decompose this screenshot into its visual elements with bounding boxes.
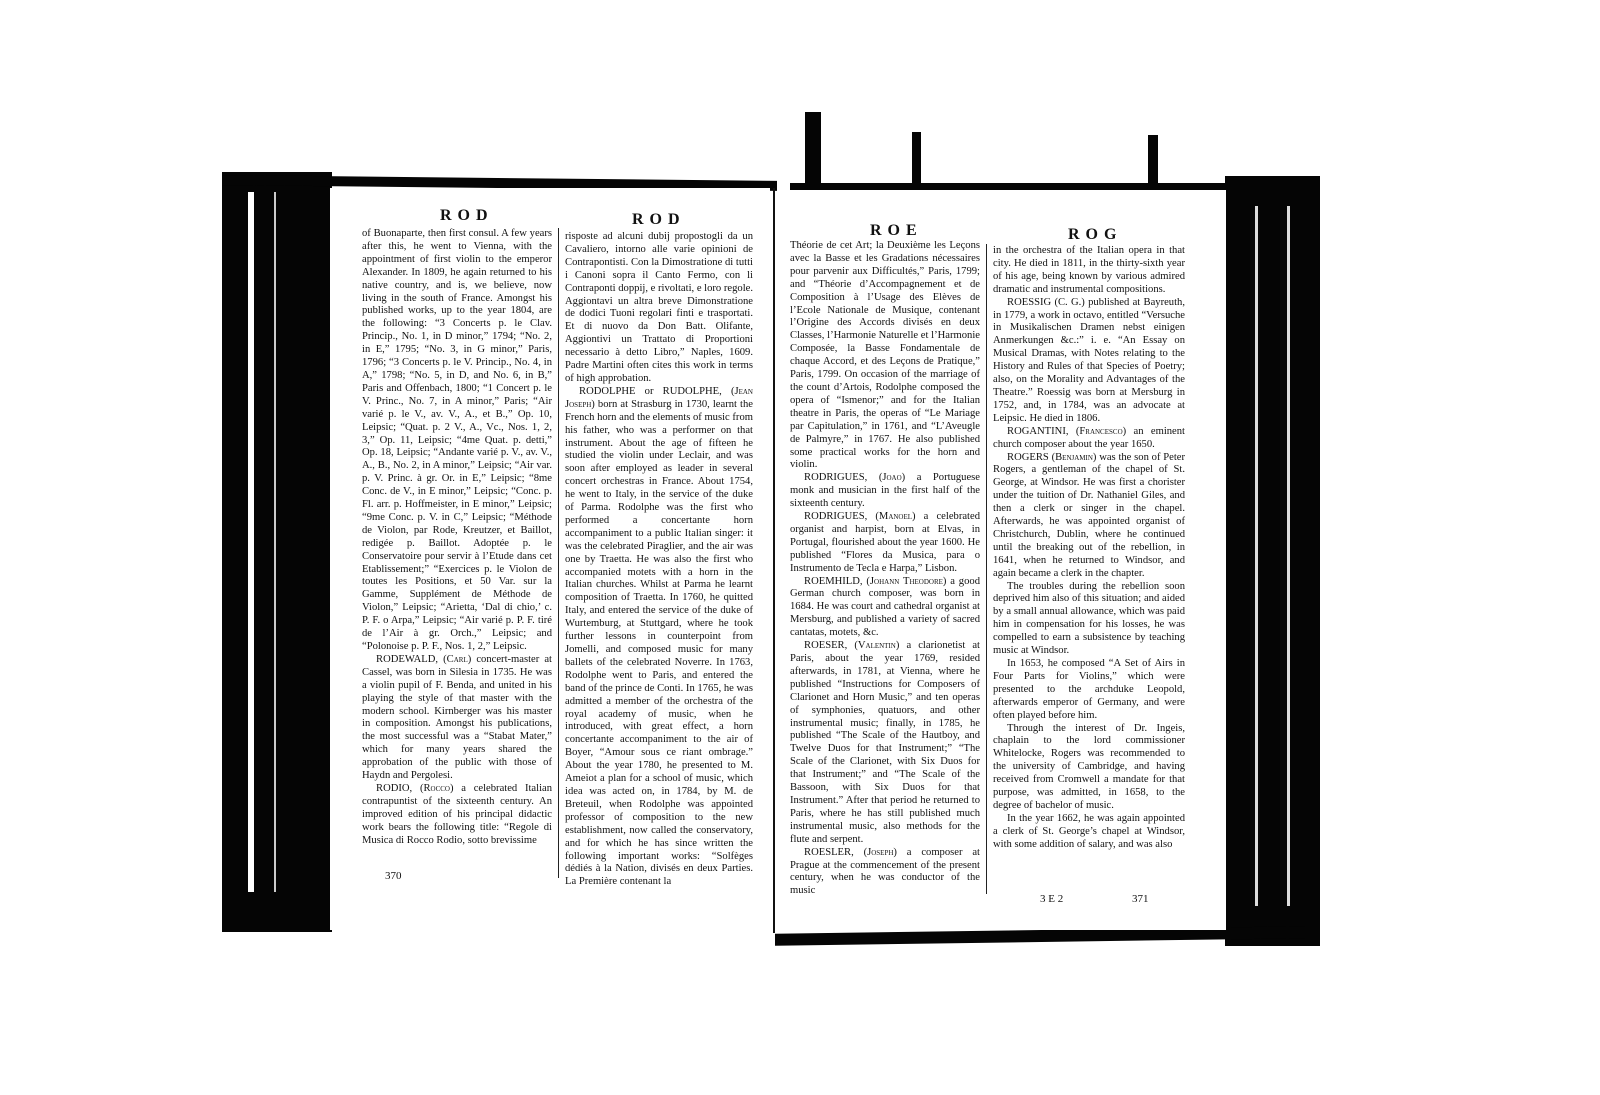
entry-headword: ROESSIG — [1007, 297, 1054, 308]
page-number: 371 — [1132, 893, 1149, 905]
text-column-right-2: in the orchestra of the Italian opera in… — [993, 245, 1185, 852]
left-cover-edge — [222, 172, 332, 932]
entry-headword: ROESLER, — [804, 847, 864, 858]
page-edge-stripe — [1255, 206, 1258, 906]
page-number: 370 — [385, 870, 402, 882]
dictionary-entry: ROEMHILD, (Johann Theodore) a good Germa… — [790, 576, 980, 641]
entry-headword: RODIO, — [376, 783, 420, 794]
entry-headword: RODRIGUES, — [804, 511, 875, 522]
dictionary-entry: RODRIGUES, (Manoel) a celebrated organis… — [790, 511, 980, 576]
entry-forename: (Joseph) — [864, 847, 907, 858]
bookmark-tab — [805, 112, 821, 186]
page-edge-stripe — [1287, 206, 1290, 906]
entry-text: born at Strasburg in 1730, learnt the Fr… — [565, 399, 753, 888]
paragraph: In 1653, he composed “A Set of Airs in F… — [993, 658, 1185, 723]
entry-headword: RODRIGUES, — [804, 472, 879, 483]
entry-headword: ROGERS — [1007, 452, 1052, 463]
running-head: ROD — [440, 207, 494, 225]
right-cover-edge — [1225, 176, 1320, 946]
running-head: ROD — [632, 211, 686, 229]
entry-headword: ROEMHILD, — [804, 576, 866, 587]
bookmark-tab — [912, 132, 921, 186]
dictionary-entry: ROESER, (Valentin) a clarionetist at Par… — [790, 640, 980, 847]
entry-text: concert-master at Cassel, was born in Si… — [362, 654, 552, 781]
entry-text: published at Bayreuth, in 1779, a work i… — [993, 297, 1185, 424]
entry-headword: RODOLPHE or RUDOLPHE, — [579, 386, 731, 397]
continued-paragraph: in the orchestra of the Italian opera in… — [993, 245, 1185, 297]
entry-forename: (C. G.) — [1054, 297, 1088, 308]
dictionary-entry: RODIO, (Rocco) a celebrated Italian cont… — [362, 783, 552, 848]
dictionary-entry: ROGANTINI, (Francesco) an eminent church… — [993, 426, 1185, 452]
column-rule — [558, 228, 559, 878]
running-head: ROG — [1068, 226, 1122, 244]
entry-text: a clarionetist at Paris, about the year … — [790, 640, 980, 845]
entry-forename: (Manoel) — [875, 511, 923, 522]
signature-mark: 3 E 2 — [1040, 893, 1063, 905]
entry-text: was the son of Peter Rogers, a gentleman… — [993, 452, 1185, 579]
entry-forename: (Valentin) — [854, 640, 906, 651]
text-column-left-1: of Buonaparte, then first consul. A few … — [362, 228, 552, 848]
continued-paragraph: risposte ad alcuni dubij propostogli da … — [565, 231, 753, 386]
entry-forename: (Carl) — [443, 654, 476, 665]
continued-paragraph: Théorie de cet Art; la Deuxième les Leço… — [790, 240, 980, 472]
running-head: ROE — [870, 222, 923, 240]
continued-paragraph: of Buonaparte, then first consul. A few … — [362, 228, 552, 654]
text-column-right-1: Théorie de cet Art; la Deuxième les Leço… — [790, 240, 980, 898]
entry-forename: (Francesco) — [1076, 426, 1134, 437]
entry-forename: (Benjamin) — [1052, 452, 1100, 463]
paragraph: The troubles during the rebellion soon d… — [993, 581, 1185, 658]
entry-forename: (Johann Theodore) — [866, 576, 950, 587]
column-rule — [986, 244, 987, 894]
book-scan: ROD ROD ROE ROG of Buonaparte, then firs… — [0, 0, 1600, 1095]
dictionary-entry: ROGERS (Benjamin) was the son of Peter R… — [993, 452, 1185, 581]
dictionary-entry: RODRIGUES, (Joao) a Portuguese monk and … — [790, 472, 980, 511]
bookmark-tab — [1148, 135, 1158, 187]
entry-headword: ROGANTINI, — [1007, 426, 1076, 437]
dictionary-entry: ROESLER, (Joseph) a composer at Prague a… — [790, 847, 980, 899]
entry-forename: (Joao) — [879, 472, 917, 483]
paragraph: Through the interest of Dr. Ingeis, chap… — [993, 723, 1185, 813]
text-column-left-2: risposte ad alcuni dubij propostogli da … — [565, 231, 753, 889]
dictionary-entry: ROESSIG (C. G.) published at Bayreuth, i… — [993, 297, 1185, 426]
page-edge-stripe — [274, 192, 276, 892]
page-edge-stripe — [248, 192, 254, 892]
entry-headword: RODEWALD, — [376, 654, 443, 665]
paragraph: In the year 1662, he was again appointed… — [993, 813, 1185, 852]
entry-headword: ROESER, — [804, 640, 854, 651]
dictionary-entry: RODOLPHE or RUDOLPHE, (Jean Joseph) born… — [565, 386, 753, 889]
gutter — [773, 188, 775, 933]
entry-forename: (Rocco) — [420, 783, 461, 794]
dictionary-entry: RODEWALD, (Carl) concert-master at Casse… — [362, 654, 552, 783]
